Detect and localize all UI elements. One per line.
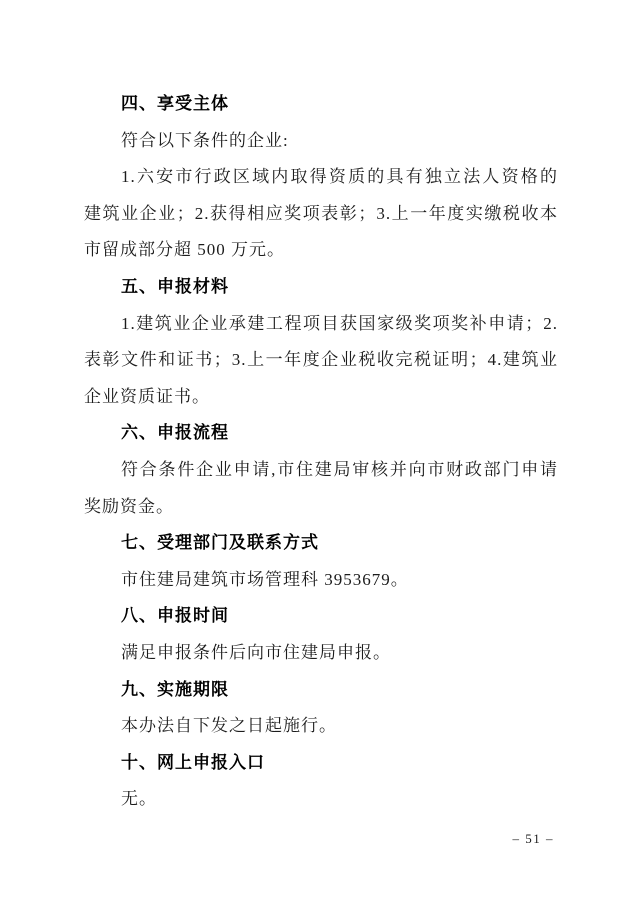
- paragraph-line: 企业资质证书。: [84, 379, 558, 416]
- paragraph-line: 1.建筑业企业承建工程项目获国家级奖项奖补申请；2.: [84, 306, 558, 343]
- section-heading-7: 七、受理部门及联系方式: [84, 525, 558, 562]
- paragraph-line: 奖励资金。: [84, 489, 558, 526]
- paragraph-line: 符合条件企业申请,市住建局审核并向市财政部门申请: [84, 452, 558, 489]
- paragraph-line: 本办法自下发之日起施行。: [84, 708, 558, 745]
- paragraph-line: 1.六安市行政区域内取得资质的具有独立法人资格的: [84, 159, 558, 196]
- section-heading-9: 九、实施期限: [84, 672, 558, 709]
- paragraph-line: 符合以下条件的企业:: [84, 123, 558, 160]
- section-heading-5: 五、申报材料: [84, 269, 558, 306]
- section-heading-4: 四、享受主体: [84, 86, 558, 123]
- page-number: – 51 –: [513, 831, 555, 847]
- paragraph-line: 表彰文件和证书；3.上一年度企业税收完税证明；4.建筑业: [84, 342, 558, 379]
- paragraph-line: 市留成部分超 500 万元。: [84, 232, 558, 269]
- document-page: 四、享受主体 符合以下条件的企业: 1.六安市行政区域内取得资质的具有独立法人资…: [0, 0, 642, 907]
- paragraph-line: 满足申报条件后向市住建局申报。: [84, 635, 558, 672]
- document-body: 四、享受主体 符合以下条件的企业: 1.六安市行政区域内取得资质的具有独立法人资…: [84, 86, 558, 818]
- paragraph-line: 建筑业企业；2.获得相应奖项表彰；3.上一年度实缴税收本: [84, 196, 558, 233]
- section-heading-8: 八、申报时间: [84, 598, 558, 635]
- paragraph-line: 无。: [84, 781, 558, 818]
- section-heading-6: 六、申报流程: [84, 415, 558, 452]
- paragraph-line: 市住建局建筑市场管理科 3953679。: [84, 562, 558, 599]
- section-heading-10: 十、网上申报入口: [84, 745, 558, 782]
